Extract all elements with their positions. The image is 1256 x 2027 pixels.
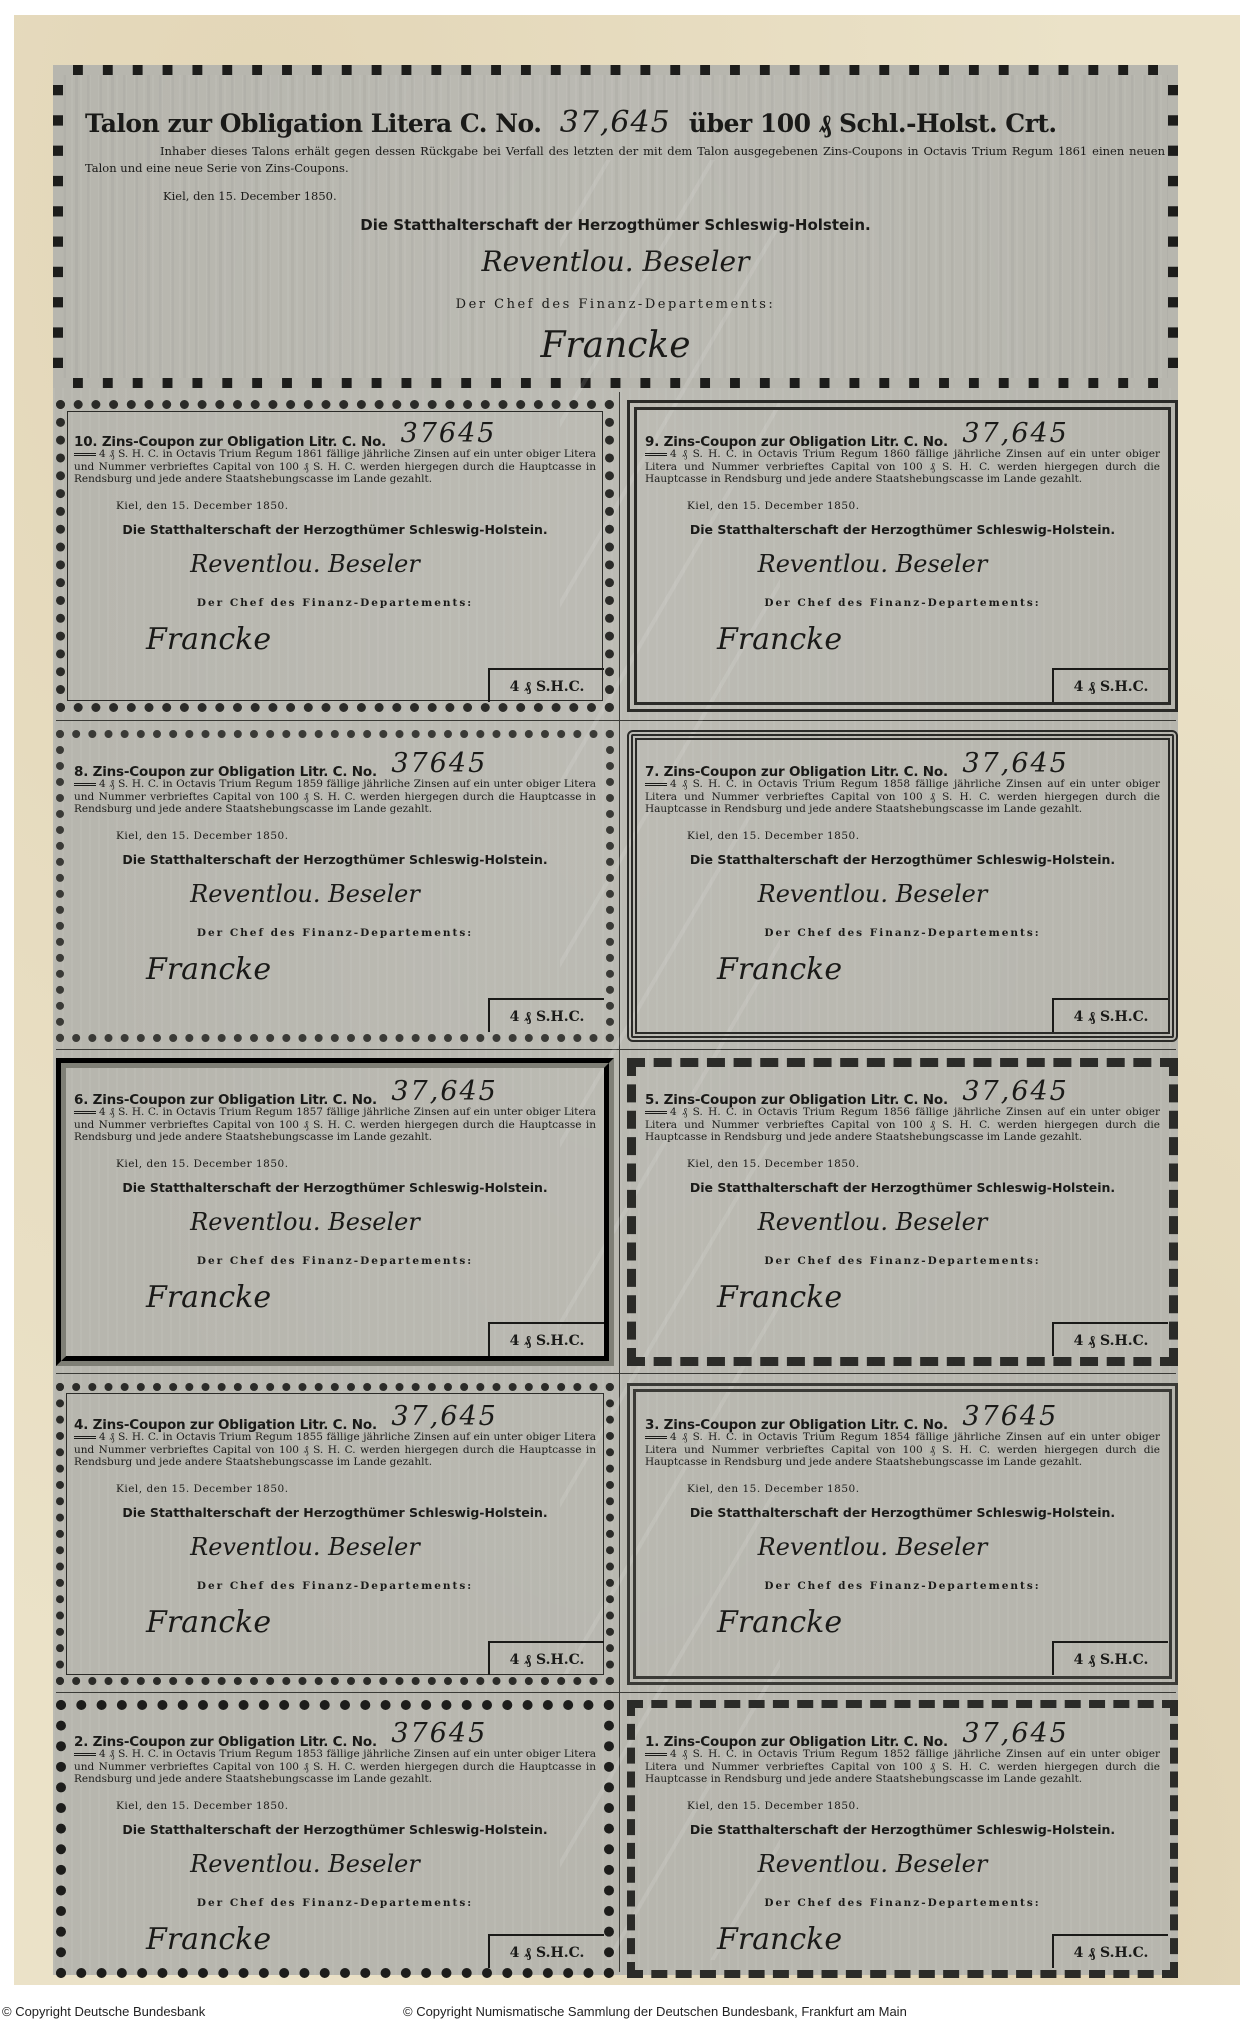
row-cut-line xyxy=(56,1692,1176,1693)
coupon-body: 4 ₰ S. H. C. in Octavis Trium Regum 1855… xyxy=(74,1431,596,1469)
coupon-5: 5. Zins-Coupon zur Obligation Litr. C. N… xyxy=(627,1058,1178,1366)
talon-date: Kiel, den 15. December 1850. xyxy=(163,189,337,203)
coupon-2: 2. Zins-Coupon zur Obligation Litr. C. N… xyxy=(56,1700,614,1978)
coupon-6: 6. Zins-Coupon zur Obligation Litr. C. N… xyxy=(56,1058,614,1366)
coupon-authority: Die Statthalterschaft der Herzogthümer S… xyxy=(627,852,1178,867)
coupon-body-prefix: 4 ₰ S. H. C. in Octavis Trium Regum xyxy=(670,1106,878,1118)
dash-mark xyxy=(645,783,667,786)
coupon-amount-box: 4 ₰ S.H.C. xyxy=(488,998,604,1032)
coupon-year: 1855 xyxy=(296,1431,323,1443)
coupon-year: 1856 xyxy=(883,1106,910,1118)
coupon-amount-box: 4 ₰ S.H.C. xyxy=(1052,1322,1168,1356)
coupon-amount-box: 4 ₰ S.H.C. xyxy=(488,1641,604,1675)
coupon-signature-governors: Reventlou. Beseler xyxy=(627,550,1118,578)
coupon-date: Kiel, den 15. December 1850. xyxy=(116,830,289,842)
coupon-signature-finance-chief: Francke xyxy=(717,622,842,657)
coupon-date: Kiel, den 15. December 1850. xyxy=(116,1158,289,1170)
coupon-signature-governors: Reventlou. Beseler xyxy=(56,880,554,908)
talon-title: Talon zur Obligation Litera C. No. 37,64… xyxy=(85,105,1165,140)
dash-mark xyxy=(645,1436,667,1439)
coupon-year: 1861 xyxy=(296,448,323,460)
coupon-number: 37,645 xyxy=(391,1401,497,1432)
dash-mark xyxy=(74,783,96,786)
coupon-signature-finance-chief: Francke xyxy=(717,1280,842,1315)
coupon-signature-governors: Reventlou. Beseler xyxy=(56,550,554,578)
coupon-number: 37645 xyxy=(962,1401,1058,1432)
talon-signature-governors: Reventlou. Beseler xyxy=(63,245,1168,278)
coupon-body: 4 ₰ S. H. C. in Octavis Trium Regum 1857… xyxy=(74,1106,596,1144)
coupon-signature-finance-chief: Francke xyxy=(146,622,271,657)
coupon-signature-finance-chief: Francke xyxy=(146,1605,271,1640)
coupon-9: 9. Zins-Coupon zur Obligation Litr. C. N… xyxy=(627,400,1178,712)
coupon-amount-box: 4 ₰ S.H.C. xyxy=(1052,1641,1168,1675)
talon-chef-label: Der Chef des Finanz-Departements: xyxy=(63,297,1168,312)
coupon-chef-label: Der Chef des Finanz-Departements: xyxy=(627,597,1178,609)
coupon-date: Kiel, den 15. December 1850. xyxy=(687,1158,860,1170)
coupon-signature-governors: Reventlou. Beseler xyxy=(56,1850,554,1878)
coupon-authority: Die Statthalterschaft der Herzogthümer S… xyxy=(56,1180,614,1195)
coupon-signature-finance-chief: Francke xyxy=(717,1605,842,1640)
coupon-signature-governors: Reventlou. Beseler xyxy=(627,1850,1118,1878)
dash-mark xyxy=(645,1111,667,1114)
talon-authority: Die Statthalterschaft der Herzogthümer S… xyxy=(63,216,1168,234)
coupon-authority: Die Statthalterschaft der Herzogthümer S… xyxy=(56,522,614,537)
coupon-number: 37645 xyxy=(401,418,497,449)
coupon-3: 3. Zins-Coupon zur Obligation Litr. C. N… xyxy=(627,1383,1178,1685)
copyright-left: © Copyright Deutsche Bundesbank xyxy=(2,2004,205,2019)
coupon-year: 1860 xyxy=(883,448,910,460)
dash-mark xyxy=(74,1111,96,1114)
coupon-signature-governors: Reventlou. Beseler xyxy=(627,1533,1118,1561)
coupon-date: Kiel, den 15. December 1850. xyxy=(687,500,860,512)
coupon-year: 1852 xyxy=(883,1748,910,1760)
coupon-year: 1853 xyxy=(296,1748,323,1760)
talon: Talon zur Obligation Litera C. No. 37,64… xyxy=(53,65,1178,388)
coupon-4: 4. Zins-Coupon zur Obligation Litr. C. N… xyxy=(56,1383,614,1685)
coupon-year: 1858 xyxy=(883,778,910,790)
coupon-body: 4 ₰ S. H. C. in Octavis Trium Regum 1860… xyxy=(645,448,1160,486)
coupon-body: 4 ₰ S. H. C. in Octavis Trium Regum 1858… xyxy=(645,778,1160,816)
coupon-body: 4 ₰ S. H. C. in Octavis Trium Regum 1859… xyxy=(74,778,596,816)
coupon-body-prefix: 4 ₰ S. H. C. in Octavis Trium Regum xyxy=(670,448,878,460)
coupon-1: 1. Zins-Coupon zur Obligation Litr. C. N… xyxy=(627,1700,1178,1978)
coupon-signature-finance-chief: Francke xyxy=(717,952,842,987)
column-cut-line xyxy=(619,392,620,1972)
coupon-date: Kiel, den 15. December 1850. xyxy=(687,1483,860,1495)
row-cut-line xyxy=(56,1373,1176,1374)
coupon-chef-label: Der Chef des Finanz-Departements: xyxy=(627,1255,1178,1267)
coupon-chef-label: Der Chef des Finanz-Departements: xyxy=(56,1580,614,1592)
coupon-date: Kiel, den 15. December 1850. xyxy=(687,1800,860,1812)
coupon-body: 4 ₰ S. H. C. in Octavis Trium Regum 1854… xyxy=(645,1431,1160,1469)
coupon-body-prefix: 4 ₰ S. H. C. in Octavis Trium Regum xyxy=(99,1106,293,1118)
coupon-date: Kiel, den 15. December 1850. xyxy=(116,500,289,512)
coupon-body-prefix: 4 ₰ S. H. C. in Octavis Trium Regum xyxy=(99,1748,293,1760)
talon-body: Inhaber dieses Talons erhält gegen desse… xyxy=(85,143,1165,177)
coupon-date: Kiel, den 15. December 1850. xyxy=(116,1483,289,1495)
coupon-body: 4 ₰ S. H. C. in Octavis Trium Regum 1856… xyxy=(645,1106,1160,1144)
coupon-8: 8. Zins-Coupon zur Obligation Litr. C. N… xyxy=(56,730,614,1042)
coupon-number: 37,645 xyxy=(962,1718,1068,1749)
coupon-authority: Die Statthalterschaft der Herzogthümer S… xyxy=(56,852,614,867)
coupon-date: Kiel, den 15. December 1850. xyxy=(116,1800,289,1812)
coupon-year: 1859 xyxy=(296,778,323,790)
coupon-number: 37,645 xyxy=(962,748,1068,779)
coupon-authority: Die Statthalterschaft der Herzogthümer S… xyxy=(627,1822,1178,1837)
coupon-signature-governors: Reventlou. Beseler xyxy=(56,1208,554,1236)
dash-mark xyxy=(645,453,667,456)
coupon-authority: Die Statthalterschaft der Herzogthümer S… xyxy=(627,1180,1178,1195)
coupon-chef-label: Der Chef des Finanz-Departements: xyxy=(56,927,614,939)
coupon-signature-finance-chief: Francke xyxy=(146,1280,271,1315)
talon-title-prefix: Talon zur Obligation Litera C. No. xyxy=(85,109,542,138)
coupon-signature-governors: Reventlou. Beseler xyxy=(627,1208,1118,1236)
coupon-authority: Die Statthalterschaft der Herzogthümer S… xyxy=(56,1822,614,1837)
dash-mark xyxy=(74,453,96,456)
coupon-chef-label: Der Chef des Finanz-Departements: xyxy=(627,927,1178,939)
coupon-signature-finance-chief: Francke xyxy=(146,1922,271,1957)
coupon-number: 37,645 xyxy=(962,1076,1068,1107)
coupon-body-prefix: 4 ₰ S. H. C. in Octavis Trium Regum xyxy=(99,1431,293,1443)
coupon-amount-box: 4 ₰ S.H.C. xyxy=(488,1934,604,1968)
coupon-chef-label: Der Chef des Finanz-Departements: xyxy=(56,597,614,609)
coupon-body-prefix: 4 ₰ S. H. C. in Octavis Trium Regum xyxy=(99,448,293,460)
coupon-body: 4 ₰ S. H. C. in Octavis Trium Regum 1852… xyxy=(645,1748,1160,1786)
coupon-chef-label: Der Chef des Finanz-Departements: xyxy=(56,1897,614,1909)
coupon-amount-box: 4 ₰ S.H.C. xyxy=(488,668,604,702)
coupon-chef-label: Der Chef des Finanz-Departements: xyxy=(627,1580,1178,1592)
row-cut-line xyxy=(56,720,1176,721)
coupon-body: 4 ₰ S. H. C. in Octavis Trium Regum 1861… xyxy=(74,448,596,486)
coupon-signature-governors: Reventlou. Beseler xyxy=(627,880,1118,908)
dash-mark xyxy=(74,1753,96,1756)
dash-mark xyxy=(74,1436,96,1439)
coupon-number: 37,645 xyxy=(962,418,1068,449)
talon-signature-finance-chief: Francke xyxy=(63,325,1168,366)
coupon-body-prefix: 4 ₰ S. H. C. in Octavis Trium Regum xyxy=(670,778,878,790)
coupon-amount-box: 4 ₰ S.H.C. xyxy=(488,1322,604,1356)
coupon-amount-box: 4 ₰ S.H.C. xyxy=(1052,668,1168,702)
coupon-number: 37645 xyxy=(391,748,487,779)
coupon-date: Kiel, den 15. December 1850. xyxy=(687,830,860,842)
talon-title-suffix: über 100 ₰ Schl.-Holst. Crt. xyxy=(689,109,1057,138)
dash-mark xyxy=(645,1753,667,1756)
coupon-signature-finance-chief: Francke xyxy=(717,1922,842,1957)
coupon-7: 7. Zins-Coupon zur Obligation Litr. C. N… xyxy=(627,730,1178,1042)
coupon-chef-label: Der Chef des Finanz-Departements: xyxy=(56,1255,614,1267)
talon-number: 37,645 xyxy=(560,105,671,140)
coupon-year: 1857 xyxy=(296,1106,323,1118)
coupon-authority: Die Statthalterschaft der Herzogthümer S… xyxy=(56,1505,614,1520)
coupon-year: 1854 xyxy=(883,1431,910,1443)
coupon-10: 10. Zins-Coupon zur Obligation Litr. C. … xyxy=(56,400,614,712)
coupon-body-prefix: 4 ₰ S. H. C. in Octavis Trium Regum xyxy=(99,778,293,790)
coupon-body: 4 ₰ S. H. C. in Octavis Trium Regum 1853… xyxy=(74,1748,596,1786)
coupon-chef-label: Der Chef des Finanz-Departements: xyxy=(627,1897,1178,1909)
coupon-body-prefix: 4 ₰ S. H. C. in Octavis Trium Regum xyxy=(670,1431,878,1443)
coupon-body-prefix: 4 ₰ S. H. C. in Octavis Trium Regum xyxy=(670,1748,878,1760)
copyright-right: © Copyright Numismatische Sammlung der D… xyxy=(403,2004,907,2019)
row-cut-line xyxy=(56,1049,1176,1050)
coupon-amount-box: 4 ₰ S.H.C. xyxy=(1052,1934,1168,1968)
coupon-amount-box: 4 ₰ S.H.C. xyxy=(1052,998,1168,1032)
coupon-signature-governors: Reventlou. Beseler xyxy=(56,1533,554,1561)
coupon-number: 37,645 xyxy=(391,1076,497,1107)
coupon-authority: Die Statthalterschaft der Herzogthümer S… xyxy=(627,522,1178,537)
coupon-number: 37645 xyxy=(391,1718,487,1749)
coupon-signature-finance-chief: Francke xyxy=(146,952,271,987)
coupon-authority: Die Statthalterschaft der Herzogthümer S… xyxy=(627,1505,1178,1520)
